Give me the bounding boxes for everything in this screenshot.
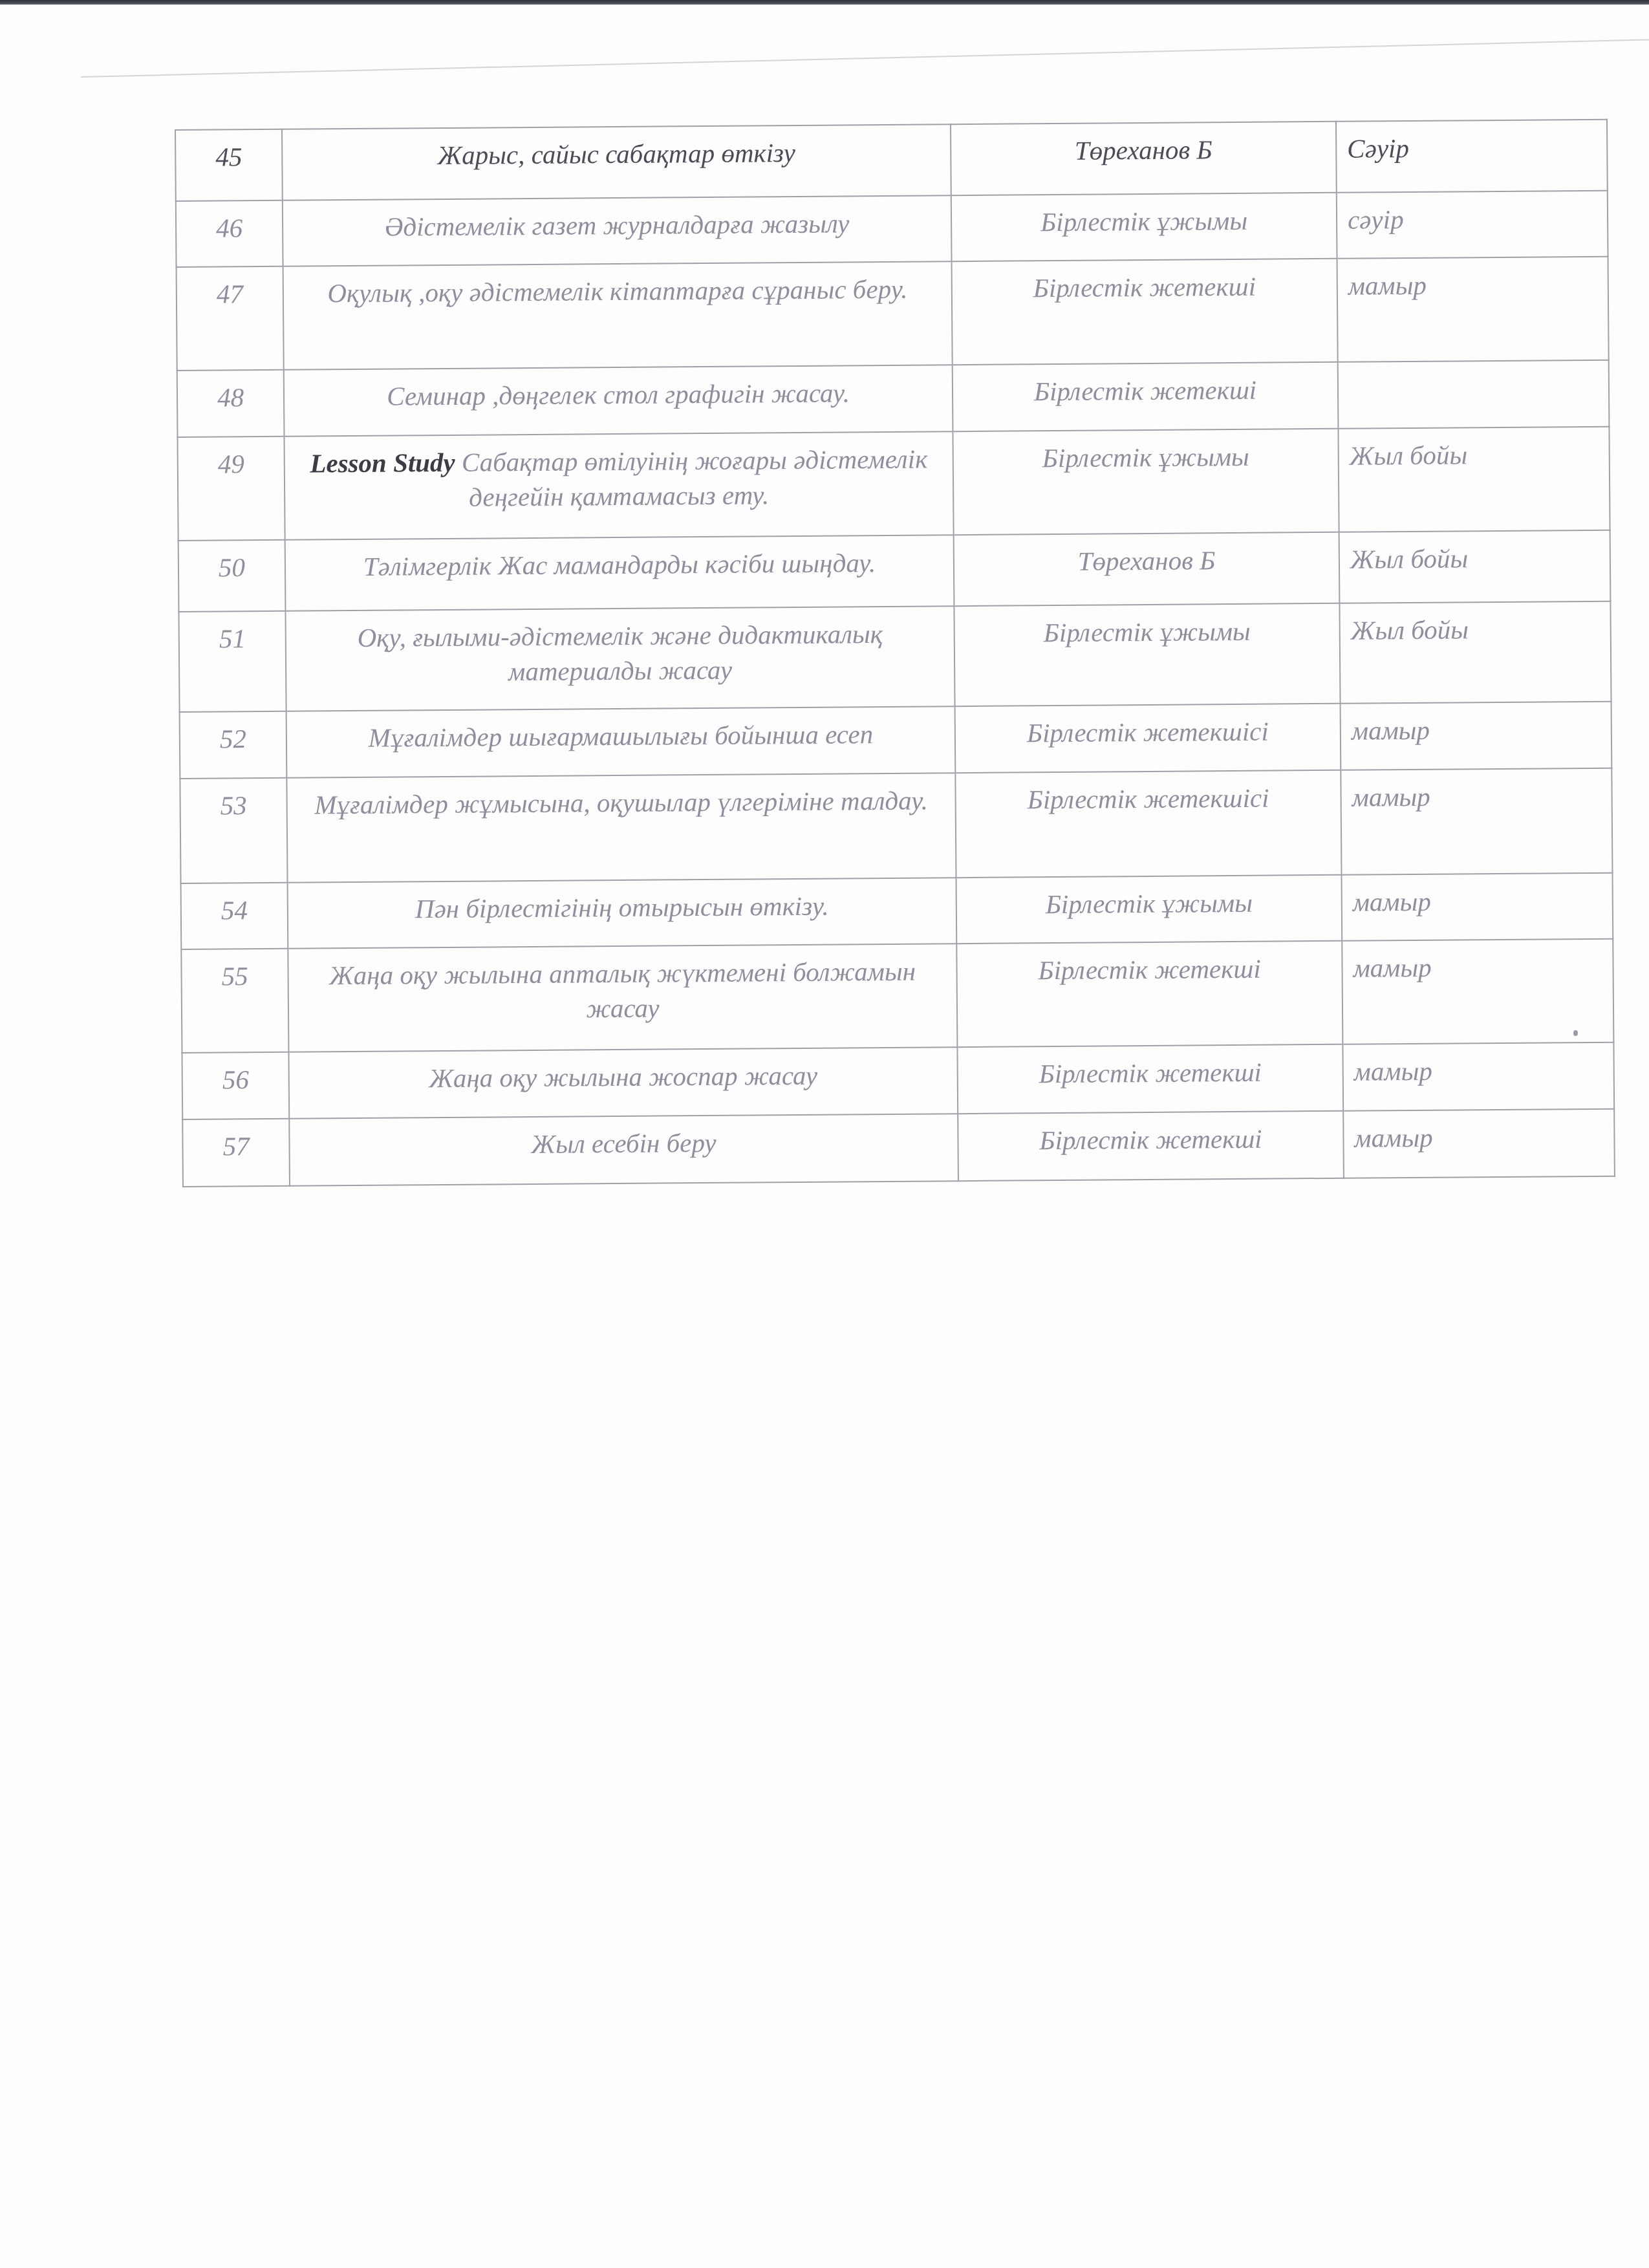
- activity-text: Семинар ,дөңгелек стол графигін жасау.: [387, 378, 850, 411]
- table-row: 47 Оқулық ,оқу әдістемелік кітаптарға сұ…: [177, 257, 1609, 371]
- activity-text: Мұғалімдер жұмысына, оқушылар үлгеріміне…: [314, 785, 928, 819]
- row-responsible: Бірлестік жетекшісі: [955, 704, 1341, 773]
- row-number: 45: [175, 129, 283, 201]
- row-activity: Семинар ,дөңгелек стол графигін жасау.: [284, 365, 953, 437]
- activity-keyword: Lesson Study: [310, 448, 462, 479]
- row-number: 56: [182, 1052, 289, 1119]
- row-activity: Оқулық ,оқу әдістемелік кітаптарға сұран…: [283, 261, 953, 370]
- scan-artifact-line: [81, 39, 1649, 78]
- row-deadline: Сәуір: [1336, 120, 1608, 193]
- work-plan-rows: 45 Жарыс, сайыс сабақтар өткізу Төрехано…: [175, 120, 1615, 1187]
- row-number: 53: [180, 778, 287, 883]
- row-deadline: Жыл бойы: [1339, 601, 1611, 704]
- activity-text: Сабақтар өтілуінің жоғары әдістемелік де…: [462, 444, 928, 512]
- row-number: 54: [181, 883, 288, 949]
- row-deadline: мамыр: [1337, 257, 1609, 362]
- row-activity: Lesson Study Сабақтар өтілуінің жоғары ә…: [284, 431, 953, 540]
- row-responsible: Бірлестік жетекші: [952, 259, 1338, 365]
- row-responsible: Бірлестік ұжымы: [951, 193, 1337, 261]
- row-activity: Оқу, ғылыми-әдістемелік және дидактикалы…: [285, 606, 954, 711]
- table-row: 53 Мұғалімдер жұмысына, оқушылар үлгерім…: [180, 768, 1612, 883]
- row-activity: Жаңа оқу жылына апталық жүктемені болжам…: [288, 944, 957, 1052]
- row-responsible: Бірлестік жетекші: [953, 362, 1339, 431]
- row-activity: Әдістемелік газет журналдарға жазылу: [283, 195, 952, 266]
- row-number: 55: [181, 949, 288, 1053]
- activity-text: Пән бірлестігінің отырысын өткізу.: [415, 891, 829, 924]
- activity-text: Жаңа оқу жылына апталық жүктемені болжам…: [329, 956, 916, 1024]
- row-responsible: Төреханов Б: [951, 122, 1337, 195]
- activity-text: Тәлімгерлік Жас мамандарды кәсіби шыңдау…: [363, 548, 876, 581]
- table-row: 51 Оқу, ғылыми-әдістемелік және дидактик…: [178, 601, 1611, 712]
- row-activity: Мұғалімдер шығармашылығы бойынша есеп: [286, 706, 956, 778]
- activity-text: Жарыс, сайыс сабақтар өткізу: [437, 138, 795, 170]
- row-number: 57: [182, 1119, 290, 1187]
- row-activity: Жарыс, сайыс сабақтар өткізу: [282, 124, 951, 200]
- table-row: 55 Жаңа оқу жылына апталық жүктемені бол…: [181, 939, 1613, 1053]
- row-deadline: сәуір: [1337, 191, 1608, 259]
- row-deadline: мамыр: [1341, 702, 1612, 770]
- table-row: 57 Жыл есебін беру Бірлестік жетекші мам…: [182, 1109, 1615, 1187]
- table-row: 50 Тәлімгерлік Жас мамандарды кәсіби шың…: [178, 530, 1611, 612]
- row-responsible: Бірлестік жетекші: [958, 1111, 1344, 1181]
- row-activity: Пән бірлестігінің отырысын өткізу.: [288, 878, 957, 949]
- row-number: 48: [177, 370, 285, 437]
- scan-edge-strip: [0, 0, 1649, 5]
- table-row: 49 Lesson Study Сабақтар өтілуінің жоғар…: [177, 427, 1610, 541]
- row-deadline: мамыр: [1342, 939, 1613, 1044]
- row-responsible: Бірлестік жетекші: [956, 941, 1342, 1047]
- row-responsible: Төреханов Б: [954, 532, 1340, 606]
- row-responsible: Бірлестік жетекші: [957, 1044, 1343, 1114]
- row-activity: Тәлімгерлік Жас мамандарды кәсіби шыңдау…: [285, 535, 954, 611]
- activity-text: Жаңа оқу жылына жоспар жасау: [429, 1061, 817, 1093]
- row-deadline: мамыр: [1341, 768, 1612, 875]
- row-deadline: мамыр: [1342, 1042, 1614, 1111]
- table-row: 56 Жаңа оқу жылына жоспар жасау Бірлесті…: [182, 1042, 1614, 1119]
- table-row: 54 Пән бірлестігінің отырысын өткізу. Бі…: [181, 873, 1613, 949]
- row-number: 51: [178, 611, 286, 712]
- row-deadline: Жыл бойы: [1339, 530, 1611, 603]
- row-number: 46: [176, 200, 283, 267]
- row-responsible: Бірлестік ұжымы: [954, 603, 1340, 706]
- row-responsible: Бірлестік ұжымы: [953, 429, 1339, 535]
- row-responsible: Бірлестік жетекшісі: [955, 770, 1341, 878]
- activity-text: Жыл есебін беру: [531, 1128, 716, 1159]
- row-activity: Жаңа оқу жылына жоспар жасау: [288, 1047, 958, 1119]
- row-activity: Мұғалімдер жұмысына, оқушылар үлгеріміне…: [286, 773, 956, 883]
- work-plan-table: 45 Жарыс, сайыс сабақтар өткізу Төрехано…: [175, 119, 1615, 1187]
- row-responsible: Бірлестік ұжымы: [956, 875, 1342, 944]
- row-number: 49: [177, 437, 285, 541]
- row-number: 52: [180, 711, 287, 779]
- table-row: 52 Мұғалімдер шығармашылығы бойынша есеп…: [180, 702, 1612, 779]
- table-row: 45 Жарыс, сайыс сабақтар өткізу Төрехано…: [175, 120, 1608, 201]
- row-deadline: мамыр: [1341, 873, 1613, 941]
- row-number: 50: [178, 540, 286, 612]
- activity-text: Оқу, ғылыми-әдістемелік және дидактикалы…: [357, 619, 883, 686]
- row-activity: Жыл есебін беру: [289, 1114, 958, 1186]
- document-page: 45 Жарыс, сайыс сабақтар өткізу Төрехано…: [175, 119, 1615, 1187]
- row-deadline: Жыл бойы: [1338, 427, 1610, 532]
- row-number: 47: [177, 266, 284, 371]
- activity-text: Оқулық ,оқу әдістемелік кітаптарға сұран…: [327, 274, 907, 308]
- row-deadline: мамыр: [1343, 1109, 1615, 1178]
- activity-text: Әдістемелік газет журналдарға жазылу: [385, 208, 850, 241]
- table-row: 48 Семинар ,дөңгелек стол графигін жасау…: [177, 360, 1610, 437]
- activity-text: Мұғалімдер шығармашылығы бойынша есеп: [369, 719, 874, 753]
- table-row: 46 Әдістемелік газет журналдарға жазылу …: [176, 191, 1608, 267]
- row-deadline: [1338, 360, 1610, 429]
